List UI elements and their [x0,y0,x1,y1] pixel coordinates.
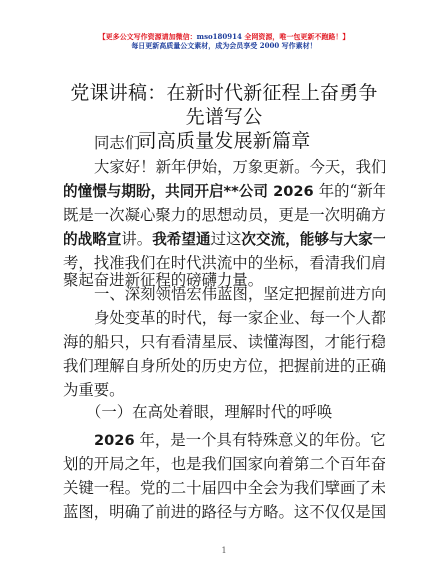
paragraph-2-line-2: 海的船只，只有看清星辰、读懂海图，才能行稳致远。当前， [63,330,385,354]
text-run: 年的“新年第一课”。这 [319,182,385,200]
paragraph-1-line-1: 大家好！新年伊始，万象更新。今天，我们怀着对新一年 [94,155,385,179]
text-run: 年，是一个具有特殊意义的年份。它是“十五五”规 [135,431,385,449]
bold-phrase: 的憧憬与期盼，共同开启**公司 [63,183,268,200]
subsection-heading-text: （一）在高处着眼，理解时代的呼唤 [94,403,332,421]
paragraph-3-line-2: 划的开局之年，也是我们国家向着第二个百年奋斗目标迈进的 [63,452,385,476]
promo-banner-line2: 每日更新高质量公文素材，成为会员享受 2000 写作素材！ [0,41,448,50]
page-number: 1 [0,546,448,555]
bold-phrase: 我希望通 [152,231,210,248]
paragraph-1-line-2: 的憧憬与期盼，共同开启**公司 2026 年的“新年第一课”。这 [63,179,385,203]
promo-text-prefix: 【更多公文写作资源请加微信： [99,32,197,41]
bold-phrase: 次交流，能够与大家一同深入思 [241,231,385,248]
salutation: 同志们： [94,131,385,155]
text-run: 过这 [211,230,242,248]
paragraph-3-line-3: 关键一程。党的二十届四中全会为我们擘画了未来发展的宏伟 [63,476,385,500]
subsection-1-heading: （一）在高处着眼，理解时代的呼唤 [94,400,385,424]
paragraph-1-line-3: 既是一次凝心聚力的思想动员，更是一次明确方向、砥砺前行 [63,203,385,227]
paragraph-1-line-4: 的战略宣讲。我希望通过这次交流，能够与大家一同深入思 [63,227,385,251]
bold-phrase: 的战略宣 [63,231,121,248]
section-1-heading: 一、深刻领悟宏伟蓝图，坚定把握前进方向 [94,282,385,306]
title-line-1: 党课讲稿：在新时代新征程上奋勇争先谱写公 [64,81,384,129]
promo-banner-line1: 【更多公文写作资源请加微信：mso180914 全网资源，唯一包更新不跑路！】 [0,32,448,41]
paragraph-3-line-1: 2026 年，是一个具有特殊意义的年份。它是“十五五”规 [94,428,385,452]
paragraph-2-line-1: 身处变革的时代，每一家企业、每一个人都如同航行于大 [94,306,385,330]
document-page: 【更多公文写作资源请加微信：mso180914 全网资源，唯一包更新不跑路！】 … [0,0,448,580]
promo-text-suffix: 全网资源，唯一包更新不跑路！】 [242,32,349,41]
paragraph-2-line-4: 为重要。 [63,378,385,402]
paragraph-2-line-3: 我们理解自身所处的历史方位，把握前进的正确方向，显得尤 [63,354,385,378]
text-run: 讲。 [121,230,152,248]
year-number: 2026 [268,183,319,200]
promo-wechat-id: mso180914 [197,32,242,41]
year-number: 2026 [94,432,135,449]
paragraph-3-line-4: 蓝图，明确了前进的路径与方略。这不仅仅是国家层面的顶层 [63,500,385,524]
